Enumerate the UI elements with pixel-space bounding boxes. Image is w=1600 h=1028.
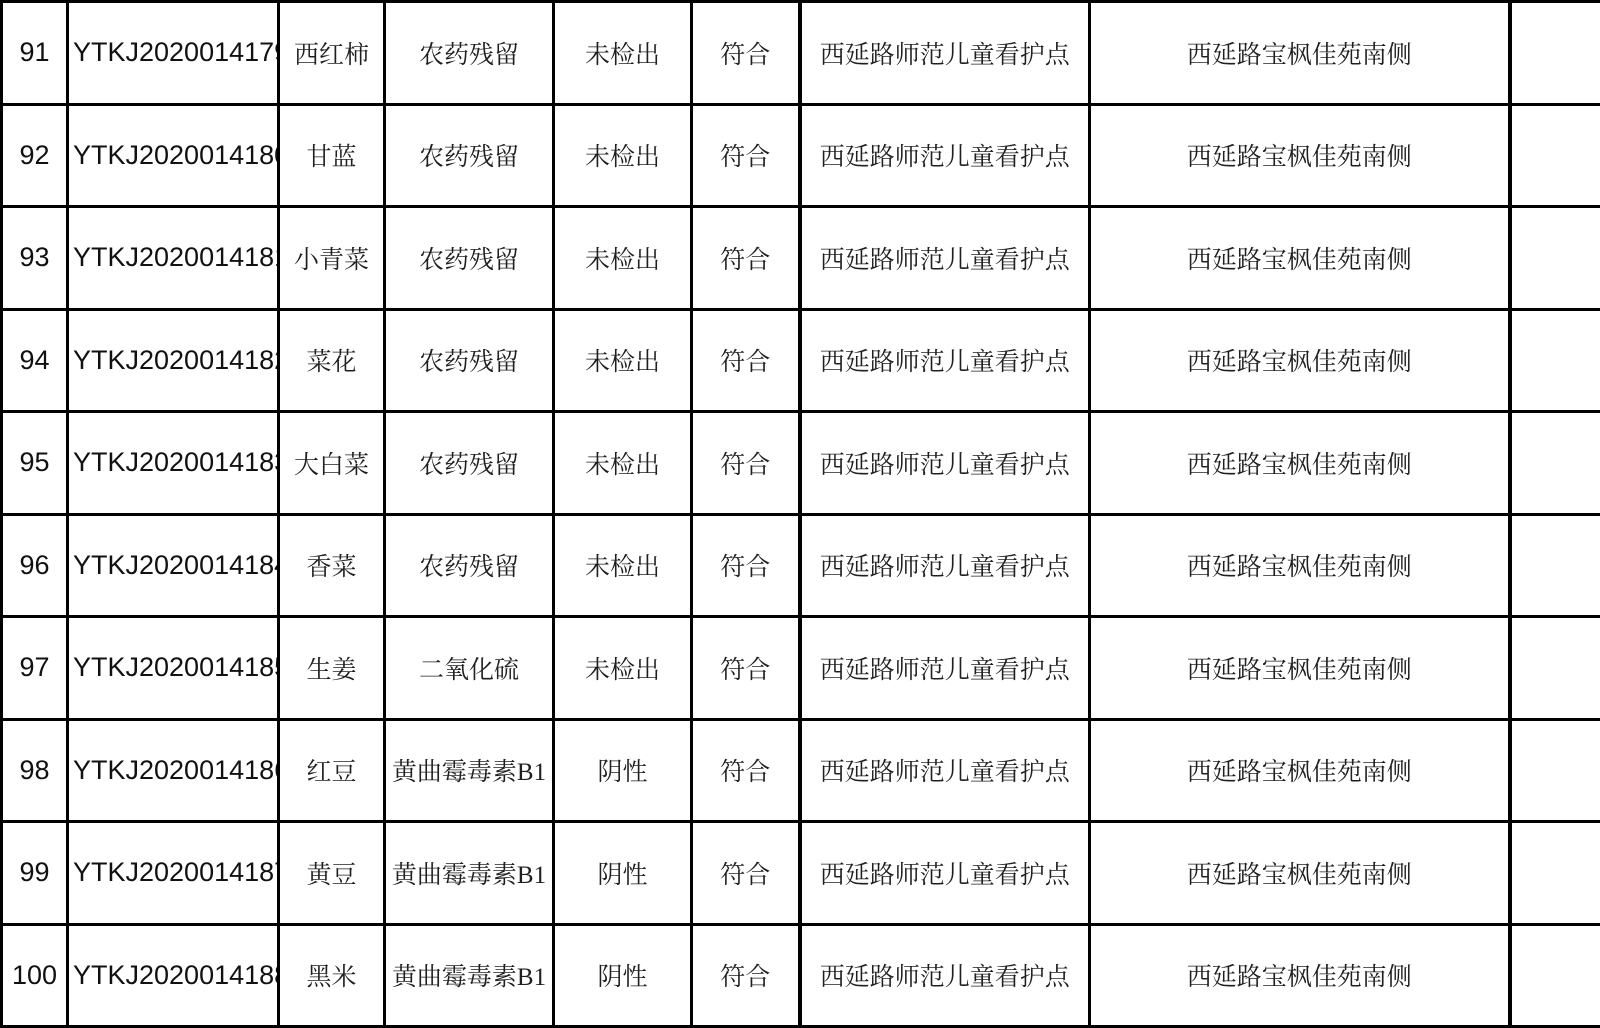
test-item-cell: 农药残留 bbox=[385, 104, 554, 207]
conclusion-cell: 符合 bbox=[692, 924, 800, 1027]
site-address-cell: 西延路宝枫佳苑南侧 bbox=[1090, 822, 1510, 925]
sample-name-cell: 西红柿 bbox=[279, 2, 385, 105]
empty-trailing-cell bbox=[1510, 719, 1600, 822]
empty-trailing-cell bbox=[1510, 412, 1600, 515]
sample-name-cell: 红豆 bbox=[279, 719, 385, 822]
site-address-cell: 西延路宝枫佳苑南侧 bbox=[1090, 924, 1510, 1027]
conclusion-cell: 符合 bbox=[692, 207, 800, 310]
sample-name-cell: 菜花 bbox=[279, 309, 385, 412]
conclusion-cell: 符合 bbox=[692, 309, 800, 412]
row-index-cell: 93 bbox=[2, 207, 68, 310]
site-address-cell: 西延路宝枫佳苑南侧 bbox=[1090, 309, 1510, 412]
sample-code-cell: YTKJ2020014182 bbox=[68, 309, 279, 412]
test-item-cell: 黄曲霉毒素B1 bbox=[385, 719, 554, 822]
test-result-cell: 未检出 bbox=[554, 207, 692, 310]
row-index-cell: 99 bbox=[2, 822, 68, 925]
sample-name-cell: 黑米 bbox=[279, 924, 385, 1027]
site-address-cell: 西延路宝枫佳苑南侧 bbox=[1090, 617, 1510, 720]
test-result-cell: 未检出 bbox=[554, 617, 692, 720]
sampling-site-cell: 西延路师范儿童看护点 bbox=[800, 2, 1090, 105]
sampling-site-cell: 西延路师范儿童看护点 bbox=[800, 617, 1090, 720]
test-result-cell: 未检出 bbox=[554, 514, 692, 617]
conclusion-cell: 符合 bbox=[692, 104, 800, 207]
sample-name-cell: 大白菜 bbox=[279, 412, 385, 515]
sample-code-cell: YTKJ2020014185 bbox=[68, 617, 279, 720]
conclusion-cell: 符合 bbox=[692, 822, 800, 925]
sampling-site-cell: 西延路师范儿童看护点 bbox=[800, 309, 1090, 412]
row-index-cell: 94 bbox=[2, 309, 68, 412]
test-result-cell: 未检出 bbox=[554, 309, 692, 412]
empty-trailing-cell bbox=[1510, 309, 1600, 412]
sampling-site-cell: 西延路师范儿童看护点 bbox=[800, 514, 1090, 617]
test-result-cell: 阴性 bbox=[554, 719, 692, 822]
site-address-cell: 西延路宝枫佳苑南侧 bbox=[1090, 207, 1510, 310]
test-result-cell: 未检出 bbox=[554, 2, 692, 105]
test-result-cell: 未检出 bbox=[554, 104, 692, 207]
conclusion-cell: 符合 bbox=[692, 719, 800, 822]
sample-name-cell: 黄豆 bbox=[279, 822, 385, 925]
sampling-site-cell: 西延路师范儿童看护点 bbox=[800, 104, 1090, 207]
test-item-cell: 农药残留 bbox=[385, 514, 554, 617]
empty-trailing-cell bbox=[1510, 207, 1600, 310]
row-index-cell: 98 bbox=[2, 719, 68, 822]
empty-trailing-cell bbox=[1510, 924, 1600, 1027]
sampling-site-cell: 西延路师范儿童看护点 bbox=[800, 924, 1090, 1027]
sample-code-cell: YTKJ2020014188 bbox=[68, 924, 279, 1027]
test-item-cell: 农药残留 bbox=[385, 412, 554, 515]
test-item-cell: 农药残留 bbox=[385, 2, 554, 105]
sample-name-cell: 生姜 bbox=[279, 617, 385, 720]
empty-trailing-cell bbox=[1510, 822, 1600, 925]
empty-trailing-cell bbox=[1510, 514, 1600, 617]
table-row: 96 YTKJ2020014184 香菜 农药残留 未检出 符合 西延路师范儿童… bbox=[2, 514, 1600, 617]
table-row: 93 YTKJ2020014181 小青菜 农药残留 未检出 符合 西延路师范儿… bbox=[2, 207, 1600, 310]
table-row: 94 YTKJ2020014182 菜花 农药残留 未检出 符合 西延路师范儿童… bbox=[2, 309, 1600, 412]
table-row: 98 YTKJ2020014186 红豆 黄曲霉毒素B1 阴性 符合 西延路师范… bbox=[2, 719, 1600, 822]
test-item-cell: 黄曲霉毒素B1 bbox=[385, 924, 554, 1027]
test-result-cell: 未检出 bbox=[554, 412, 692, 515]
table-row: 99 YTKJ2020014187 黄豆 黄曲霉毒素B1 阴性 符合 西延路师范… bbox=[2, 822, 1600, 925]
sample-code-cell: YTKJ2020014187 bbox=[68, 822, 279, 925]
sample-code-cell: YTKJ2020014179 bbox=[68, 2, 279, 105]
sample-name-cell: 甘蓝 bbox=[279, 104, 385, 207]
sampling-site-cell: 西延路师范儿童看护点 bbox=[800, 412, 1090, 515]
test-item-cell: 农药残留 bbox=[385, 207, 554, 310]
empty-trailing-cell bbox=[1510, 2, 1600, 105]
site-address-cell: 西延路宝枫佳苑南侧 bbox=[1090, 104, 1510, 207]
test-result-cell: 阴性 bbox=[554, 924, 692, 1027]
sample-name-cell: 小青菜 bbox=[279, 207, 385, 310]
test-result-cell: 阴性 bbox=[554, 822, 692, 925]
site-address-cell: 西延路宝枫佳苑南侧 bbox=[1090, 719, 1510, 822]
table-row: 92 YTKJ2020014180 甘蓝 农药残留 未检出 符合 西延路师范儿童… bbox=[2, 104, 1600, 207]
table-row: 95 YTKJ2020014183 大白菜 农药残留 未检出 符合 西延路师范儿… bbox=[2, 412, 1600, 515]
sample-code-cell: YTKJ2020014183 bbox=[68, 412, 279, 515]
site-address-cell: 西延路宝枫佳苑南侧 bbox=[1090, 412, 1510, 515]
sample-code-cell: YTKJ2020014180 bbox=[68, 104, 279, 207]
test-item-cell: 农药残留 bbox=[385, 309, 554, 412]
empty-trailing-cell bbox=[1510, 617, 1600, 720]
table-body: 91 YTKJ2020014179 西红柿 农药残留 未检出 符合 西延路师范儿… bbox=[2, 2, 1600, 1027]
row-index-cell: 92 bbox=[2, 104, 68, 207]
table-row: 100 YTKJ2020014188 黑米 黄曲霉毒素B1 阴性 符合 西延路师… bbox=[2, 924, 1600, 1027]
inspection-results-sheet: 91 YTKJ2020014179 西红柿 农药残留 未检出 符合 西延路师范儿… bbox=[0, 0, 1600, 1028]
test-item-cell: 黄曲霉毒素B1 bbox=[385, 822, 554, 925]
site-address-cell: 西延路宝枫佳苑南侧 bbox=[1090, 2, 1510, 105]
sampling-site-cell: 西延路师范儿童看护点 bbox=[800, 719, 1090, 822]
sample-code-cell: YTKJ2020014181 bbox=[68, 207, 279, 310]
conclusion-cell: 符合 bbox=[692, 2, 800, 105]
conclusion-cell: 符合 bbox=[692, 514, 800, 617]
table-row: 91 YTKJ2020014179 西红柿 农药残留 未检出 符合 西延路师范儿… bbox=[2, 2, 1600, 105]
conclusion-cell: 符合 bbox=[692, 412, 800, 515]
sampling-site-cell: 西延路师范儿童看护点 bbox=[800, 822, 1090, 925]
row-index-cell: 100 bbox=[2, 924, 68, 1027]
table-row: 97 YTKJ2020014185 生姜 二氧化硫 未检出 符合 西延路师范儿童… bbox=[2, 617, 1600, 720]
row-index-cell: 96 bbox=[2, 514, 68, 617]
empty-trailing-cell bbox=[1510, 104, 1600, 207]
row-index-cell: 95 bbox=[2, 412, 68, 515]
sample-name-cell: 香菜 bbox=[279, 514, 385, 617]
row-index-cell: 97 bbox=[2, 617, 68, 720]
sample-code-cell: YTKJ2020014184 bbox=[68, 514, 279, 617]
row-index-cell: 91 bbox=[2, 2, 68, 105]
conclusion-cell: 符合 bbox=[692, 617, 800, 720]
site-address-cell: 西延路宝枫佳苑南侧 bbox=[1090, 514, 1510, 617]
sampling-site-cell: 西延路师范儿童看护点 bbox=[800, 207, 1090, 310]
sample-code-cell: YTKJ2020014186 bbox=[68, 719, 279, 822]
test-item-cell: 二氧化硫 bbox=[385, 617, 554, 720]
inspection-results-table: 91 YTKJ2020014179 西红柿 农药残留 未检出 符合 西延路师范儿… bbox=[0, 0, 1600, 1028]
